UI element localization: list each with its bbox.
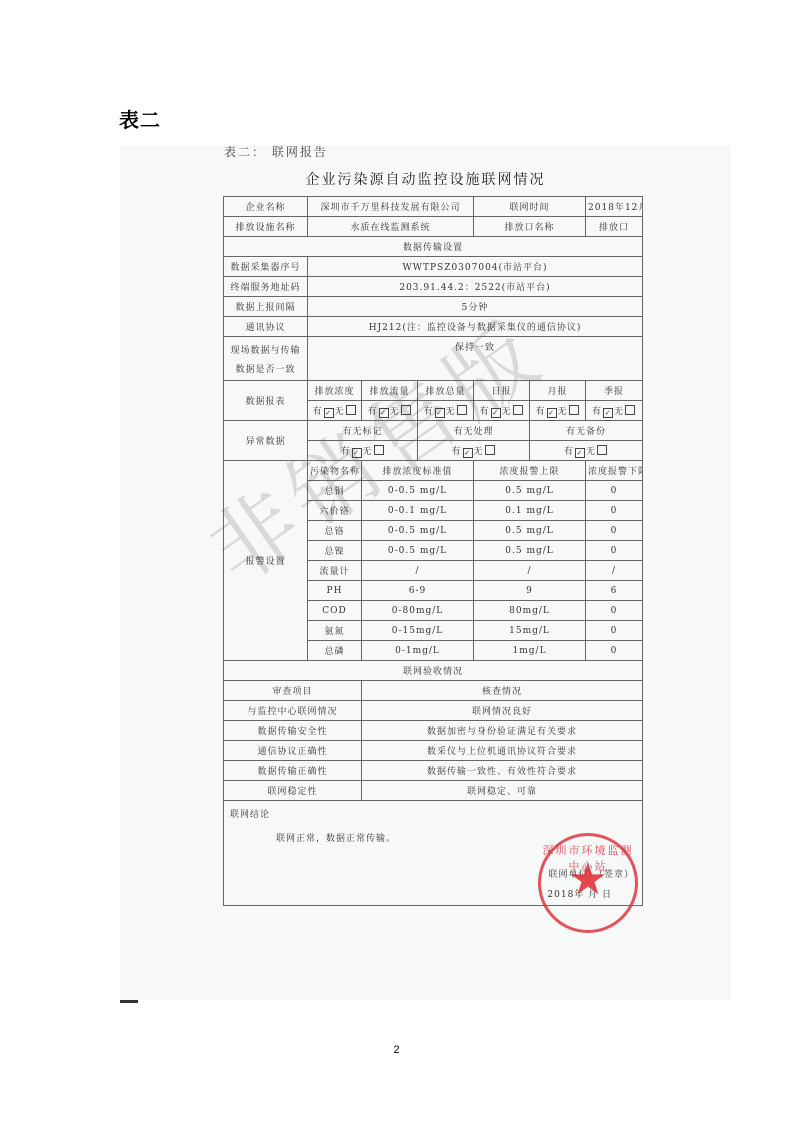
column-header: 审查项目 [224,681,362,701]
alarm-cell: COD [308,601,362,621]
alarm-cell: 0 [586,641,643,661]
abnormal-check: 有✓无 [308,441,418,461]
abnormal-type: 有无标记 [308,421,418,441]
alarm-label: 报警设置 [224,461,308,661]
alarm-cell: 0-80mg/L [362,601,474,621]
column-header: 浓度报警下限 [586,461,643,481]
report-type: 排放总量 [418,381,474,401]
no-label: 无 [614,407,624,417]
table-row: 现场数据与传输数据是否一致保持一致 [224,337,643,381]
table-row: 数据传输正确性数据传输一致性、有效性符合要求 [224,761,643,781]
section-title: 数据传输设置 [224,237,643,257]
alarm-cell: 总镍 [308,541,362,561]
yes-no-checkbox-pair: 有✓无 [424,407,468,417]
alarm-cell: 流量计 [308,561,362,581]
abnormal-type: 有无备份 [530,421,643,441]
checkbox-icon [513,405,523,415]
alarm-cell: 0 [586,621,643,641]
yes-no-checkbox-pair: 有✓无 [452,447,496,457]
field-value: 保持一致 [308,337,643,381]
company-value: 深圳市千万里科技发展有限公司 [308,197,474,217]
field-label: 数据采集器序号 [224,257,308,277]
yes-no-checkbox-pair: 有✓无 [312,407,356,417]
alarm-cell: 80mg/L [474,601,586,621]
table-row: 通讯协议HJ212(注：监控设备与数据采集仪的通信协议) [224,317,643,337]
table-row: 审查项目核查情况 [224,681,643,701]
review-item: 通信协议正确性 [224,741,362,761]
yes-label: 有 [367,407,377,417]
report-check: 有✓无 [362,401,418,421]
alarm-cell: PH [308,581,362,601]
no-label: 无 [335,407,345,417]
outlet-value: 排放口 [586,217,643,237]
page-number: 2 [0,1044,793,1056]
table-row: 排放设施名称水质在线监测系统排放口名称排放口 [224,217,643,237]
facility-value: 水质在线监测系统 [308,217,474,237]
report-type: 排放流量 [362,381,418,401]
alarm-cell: 六价铬 [308,501,362,521]
table-row: 数据传输安全性数据加密与身份验证满足有关要求 [224,721,643,741]
network-time-value: 2018年12月 [586,197,643,217]
alarm-cell: 0.1 mg/L [474,501,586,521]
report-check: 有✓无 [586,401,643,421]
table-row: 通信协议正确性数采仪与上位机通讯协议符合要求 [224,741,643,761]
checkbox-icon [597,445,607,455]
alarm-cell: 0-0.1 mg/L [362,501,474,521]
table-row: 报警设置污染物名称排放浓度标准值浓度报警上限浓度报警下限 [224,461,643,481]
checked-checkbox-icon: ✓ [379,408,389,418]
field-value: 5分钟 [308,297,643,317]
alarm-cell: 9 [474,581,586,601]
abnormal-label: 异常数据 [224,421,308,461]
alarm-cell: 总铜 [308,481,362,501]
checked-checkbox-icon: ✓ [324,408,334,418]
alarm-cell: 0 [586,541,643,561]
no-label: 无 [446,407,456,417]
table-row: 终端服务地址码203.91.44.2：2522(市站平台) [224,277,643,297]
alarm-cell: / [474,561,586,581]
alarm-cell: 0 [586,481,643,501]
facility-label: 排放设施名称 [224,217,308,237]
review-result: 数采仪与上位机通讯协议符合要求 [362,741,643,761]
alarm-cell: 总磷 [308,641,362,661]
alarm-cell: 0.5 mg/L [474,521,586,541]
checkbox-icon [485,445,495,455]
abnormal-check: 有✓无 [530,441,643,461]
yes-no-checkbox-pair: 有✓无 [592,407,636,417]
table-row: 联网验收情况 [224,661,643,681]
table-row: 异常数据有无标记有无处理有无备份 [224,421,643,441]
review-item: 数据传输正确性 [224,761,362,781]
alarm-cell: / [362,561,474,581]
alarm-cell: 1mg/L [474,641,586,661]
review-result: 数据传输一致性、有效性符合要求 [362,761,643,781]
table-row: 企业名称深圳市千万里科技发展有限公司联网时间2018年12月 [224,197,643,217]
network-report-table: 企业名称深圳市千万里科技发展有限公司联网时间2018年12月排放设施名称水质在线… [223,196,643,906]
reports-label: 数据报表 [224,381,308,421]
no-label: 无 [558,407,568,417]
conclusion-text: 联网正常，数据正常传输。 [276,831,396,844]
alarm-cell: 0-0.5 mg/L [362,541,474,561]
yes-no-checkbox-pair: 有✓无 [367,407,411,417]
report-check: 有✓无 [474,401,530,421]
alarm-cell: / [586,561,643,581]
checked-checkbox-icon: ✓ [463,448,473,458]
column-header: 浓度报警上限 [474,461,586,481]
checked-checkbox-icon: ✓ [547,408,557,418]
alarm-cell: 0-0.5 mg/L [362,521,474,541]
yes-label: 有 [312,407,322,417]
alarm-cell: 0-0.5 mg/L [362,481,474,501]
checked-checkbox-icon: ✓ [491,408,501,418]
scan-edge-mark [120,1000,138,1003]
field-label-line: 数据是否一致 [226,362,305,375]
checked-checkbox-icon: ✓ [435,408,445,418]
table-row: 数据传输设置 [224,237,643,257]
field-value: 203.91.44.2：2522(市站平台) [308,277,643,297]
checkbox-icon [401,405,411,415]
yes-label: 有 [452,447,462,457]
outlet-label: 排放口名称 [474,217,586,237]
alarm-cell: 0-1mg/L [362,641,474,661]
report-check: 有✓无 [418,401,474,421]
report-type: 季报 [586,381,643,401]
report-title: 企业污染源自动监控设施联网情况 [120,169,731,189]
checkbox-icon [569,405,579,415]
section-title: 联网验收情况 [224,661,643,681]
no-label: 无 [474,447,484,457]
alarm-cell: 15mg/L [474,621,586,641]
table-row: 数据采集器序号WWTPSZ0307004(市站平台) [224,257,643,277]
scanned-report-image: 非销售版 表二： 联网报告 企业污染源自动监控设施联网情况 企业名称深圳市千万里… [120,145,731,1000]
report-type: 月报 [530,381,586,401]
checkbox-icon [346,405,356,415]
column-header: 核查情况 [362,681,643,701]
section-heading: 表二 [119,104,161,133]
network-time-label: 联网时间 [474,197,586,217]
checked-checkbox-icon: ✓ [575,448,585,458]
no-label: 无 [363,447,373,457]
abnormal-type: 有无处理 [418,421,530,441]
checkbox-icon [374,445,384,455]
report-check: 有✓无 [308,401,362,421]
table-row: 数据报表排放浓度排放流量排放总量日报月报季报 [224,381,643,401]
abnormal-check: 有✓无 [418,441,530,461]
yes-label: 有 [592,407,602,417]
yes-no-checkbox-pair: 有✓无 [480,407,524,417]
checked-checkbox-icon: ✓ [352,448,362,458]
field-value: WWTPSZ0307004(市站平台) [308,257,643,277]
alarm-cell: 6-9 [362,581,474,601]
field-label-line: 现场数据与传输 [226,343,305,356]
alarm-cell: 0.5 mg/L [474,541,586,561]
company-label: 企业名称 [224,197,308,217]
column-header: 污染物名称 [308,461,362,481]
yes-no-checkbox-pair: 有✓无 [536,407,580,417]
checkbox-icon [625,405,635,415]
no-label: 无 [502,407,512,417]
table-row: 数据上报间隔5分钟 [224,297,643,317]
field-label: 通讯协议 [224,317,308,337]
conclusion-label: 联网结论 [230,807,270,820]
field-label: 终端服务地址码 [224,277,308,297]
review-item: 数据传输安全性 [224,721,362,741]
alarm-cell: 总铬 [308,521,362,541]
report-type: 日报 [474,381,530,401]
yes-label: 有 [536,407,546,417]
official-seal: 深圳市环境监测中心站 ★ [538,833,638,933]
table-row: 联网稳定性联网稳定、可靠 [224,781,643,801]
alarm-cell: 0 [586,601,643,621]
alarm-cell: 6 [586,581,643,601]
review-item: 联网稳定性 [224,781,362,801]
consistency-label: 现场数据与传输数据是否一致 [224,337,308,381]
alarm-cell: 0 [586,521,643,541]
no-label: 无 [586,447,596,457]
table-row: 与监控中心联网情况联网情况良好 [224,701,643,721]
alarm-cell: 0 [586,501,643,521]
no-label: 无 [390,407,400,417]
alarm-cell: 0.5 mg/L [474,481,586,501]
checkbox-icon [457,405,467,415]
yes-label: 有 [340,447,350,457]
review-item: 与监控中心联网情况 [224,701,362,721]
star-icon: ★ [541,858,635,902]
field-label: 数据上报间隔 [224,297,308,317]
alarm-cell: 0-15mg/L [362,621,474,641]
review-result: 联网稳定、可靠 [362,781,643,801]
yes-no-checkbox-pair: 有✓无 [340,447,384,457]
column-header: 排放浓度标准值 [362,461,474,481]
yes-label: 有 [424,407,434,417]
yes-label: 有 [564,447,574,457]
report-check: 有✓无 [530,401,586,421]
yes-label: 有 [480,407,490,417]
checked-checkbox-icon: ✓ [603,408,613,418]
review-result: 数据加密与身份验证满足有关要求 [362,721,643,741]
field-value: HJ212(注：监控设备与数据采集仪的通信协议) [308,317,643,337]
review-result: 联网情况良好 [362,701,643,721]
yes-no-checkbox-pair: 有✓无 [564,447,608,457]
alarm-cell: 氨氮 [308,621,362,641]
scan-header: 表二： 联网报告 [224,145,328,160]
report-type: 排放浓度 [308,381,362,401]
